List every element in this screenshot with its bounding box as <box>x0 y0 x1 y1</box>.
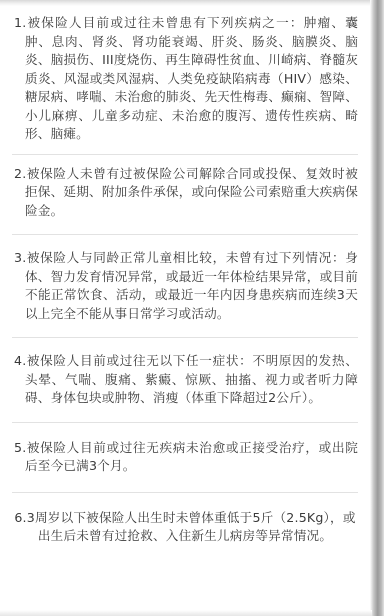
item-body: 被保险人目前或过往无以下任一症状：不明原因的发热、头晕、气喘、腹痛、紫癜、惊厥、… <box>25 353 358 405</box>
declaration-item-6: 6.3周岁以下被保险人出生时未曾体重低于5斤（2.5Kg），或出生后未曾有过抢救… <box>12 493 358 554</box>
item-number: 1. <box>14 15 26 30</box>
item-number: 3. <box>14 250 26 265</box>
item-number: 2. <box>14 166 26 181</box>
declaration-text: 4.被保险人目前或过往无以下任一症状：不明原因的发热、头晕、气喘、腹痛、紫癜、惊… <box>12 352 358 408</box>
item-number: 6. <box>14 510 26 525</box>
declaration-text: 2.被保险人未曾有过被保险公司解除合同或投保、复效时被拒保、延期、附加条件承保，… <box>12 165 358 221</box>
card-bottom-shadow <box>0 610 372 616</box>
item-number: 4. <box>14 353 26 368</box>
health-declaration-card: 1.被保险人目前或过往未曾患有下列疾病之一：肿瘤、囊肿、息肉、肾炎、肾功能衰竭、… <box>0 6 370 554</box>
item-body: 被保险人与同龄正常儿童相比较，未曾有过下列情况：身体、智力发育情况异常，或最近一… <box>25 250 358 321</box>
declaration-text: 1.被保险人目前或过往未曾患有下列疾病之一：肿瘤、囊肿、息肉、肾炎、肾功能衰竭、… <box>12 14 358 144</box>
declaration-item-1: 1.被保险人目前或过往未曾患有下列疾病之一：肿瘤、囊肿、息肉、肾炎、肾功能衰竭、… <box>12 6 358 155</box>
declaration-item-4: 4.被保险人目前或过往无以下任一症状：不明原因的发热、头晕、气喘、腹痛、紫癜、惊… <box>12 338 358 423</box>
item-body: 被保险人未曾有过被保险公司解除合同或投保、复效时被拒保、延期、附加条件承保，或向… <box>25 166 358 218</box>
item-body: 被保险人目前或过往无疾病未治愈或正接受治疗，或出院后至今已满3个月。 <box>25 440 358 474</box>
card-right-shadow <box>370 0 384 616</box>
declaration-text: 3.被保险人与同龄正常儿童相比较，未曾有过下列情况：身体、智力发育情况异常，或最… <box>12 249 358 323</box>
item-body: 3周岁以下被保险人出生时未曾体重低于5斤（2.5Kg），或出生后未曾有过抢救、入… <box>27 510 356 544</box>
declaration-item-3: 3.被保险人与同龄正常儿童相比较，未曾有过下列情况：身体、智力发育情况异常，或最… <box>12 235 358 338</box>
declaration-text: 6.3周岁以下被保险人出生时未曾体重低于5斤（2.5Kg），或出生后未曾有过抢救… <box>12 509 358 546</box>
declaration-item-2: 2.被保险人未曾有过被保险公司解除合同或投保、复效时被拒保、延期、附加条件承保，… <box>12 155 358 236</box>
declaration-text: 5.被保险人目前或过往无疾病未治愈或正接受治疗，或出院后至今已满3个月。 <box>12 439 358 476</box>
item-body: 被保险人目前或过往未曾患有下列疾病之一：肿瘤、囊肿、息肉、肾炎、肾功能衰竭、肝炎… <box>25 15 358 141</box>
item-number: 5. <box>14 440 26 455</box>
declaration-item-5: 5.被保险人目前或过往无疾病未治愈或正接受治疗，或出院后至今已满3个月。 <box>12 423 358 493</box>
